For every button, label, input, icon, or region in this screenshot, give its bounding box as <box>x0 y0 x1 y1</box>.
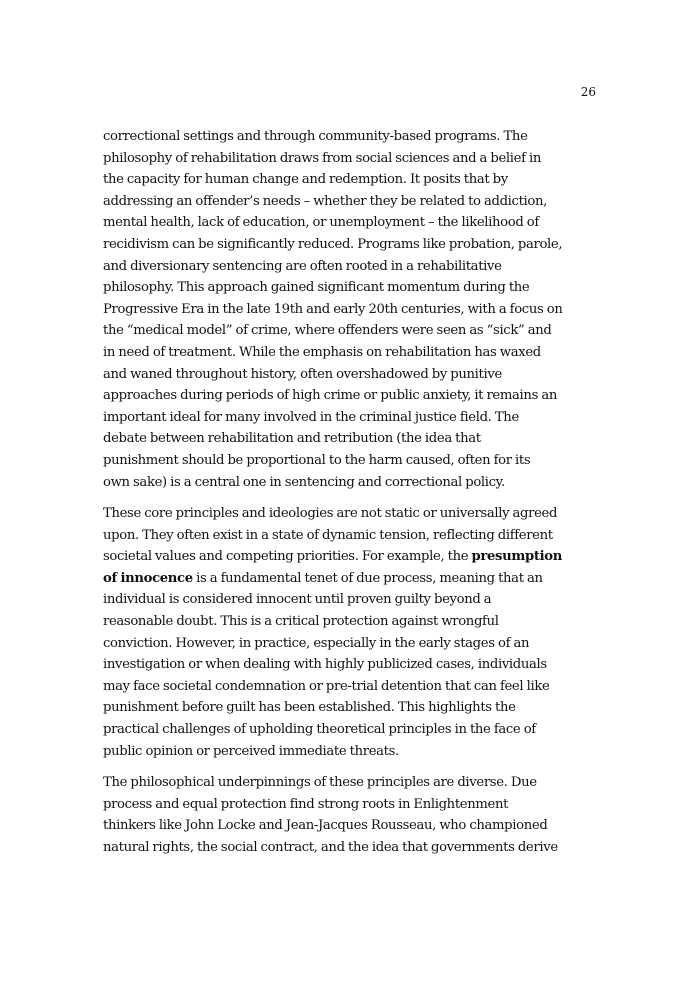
text-line: Progressive Era in the late 19th and ear… <box>103 299 599 321</box>
emphasis-presumption: presumption <box>472 549 562 564</box>
text-line: individual is considered innocent until … <box>103 589 599 611</box>
text-line: and waned throughout history, often over… <box>103 364 599 386</box>
text-line: upon. They often exist in a state of dyn… <box>103 525 599 547</box>
text-line: may face societal condemnation or pre-tr… <box>103 676 599 698</box>
text-line: process and equal protection find strong… <box>103 794 599 816</box>
text-line: punishment before guilt has been establi… <box>103 697 599 719</box>
document-body: correctional settings and through commun… <box>103 126 599 869</box>
text-line: The philosophical underpinnings of these… <box>103 772 599 794</box>
text-line: addressing an offender’s needs – whether… <box>103 191 599 213</box>
text-line: correctional settings and through commun… <box>103 126 599 148</box>
text-line: the capacity for human change and redemp… <box>103 169 599 191</box>
text-line: own sake) is a central one in sentencing… <box>103 472 599 494</box>
text-line: mental health, lack of education, or une… <box>103 212 599 234</box>
text-line: in need of treatment. While the emphasis… <box>103 342 599 364</box>
text-line: practical challenges of upholding theore… <box>103 719 599 741</box>
text-line: approaches during periods of high crime … <box>103 385 599 407</box>
text-line: recidivism can be significantly reduced.… <box>103 234 599 256</box>
text-line: societal values and competing priorities… <box>103 546 599 568</box>
text-line: thinkers like John Locke and Jean-Jacque… <box>103 815 599 837</box>
text-line: public opinion or perceived immediate th… <box>103 741 599 763</box>
paragraph-philosophical-underpinnings: The philosophical underpinnings of these… <box>103 772 599 858</box>
text-line: natural rights, the social contract, and… <box>103 837 599 859</box>
text-line: debate between rehabilitation and retrib… <box>103 428 599 450</box>
text-line: the “medical model” of crime, where offe… <box>103 320 599 342</box>
text-line: important ideal for many involved in the… <box>103 407 599 429</box>
emphasis-of-innocence: of innocence <box>103 571 193 586</box>
text-line: conviction. However, in practice, especi… <box>103 633 599 655</box>
text-line: investigation or when dealing with highl… <box>103 654 599 676</box>
text-line: philosophy. This approach gained signifi… <box>103 277 599 299</box>
text-line: These core principles and ideologies are… <box>103 503 599 525</box>
text-line: and diversionary sentencing are often ro… <box>103 256 599 278</box>
text-line: of innocence is a fundamental tenet of d… <box>103 568 599 590</box>
text-run: societal values and competing priorities… <box>103 549 472 564</box>
text-line: philosophy of rehabilitation draws from … <box>103 148 599 170</box>
paragraph-rehabilitation: correctional settings and through commun… <box>103 126 599 493</box>
text-line: punishment should be proportional to the… <box>103 450 599 472</box>
text-line: reasonable doubt. This is a critical pro… <box>103 611 599 633</box>
page-number: 26 <box>581 85 596 99</box>
paragraph-core-principles: These core principles and ideologies are… <box>103 503 599 762</box>
text-run: is a fundamental tenet of due process, m… <box>193 571 543 586</box>
